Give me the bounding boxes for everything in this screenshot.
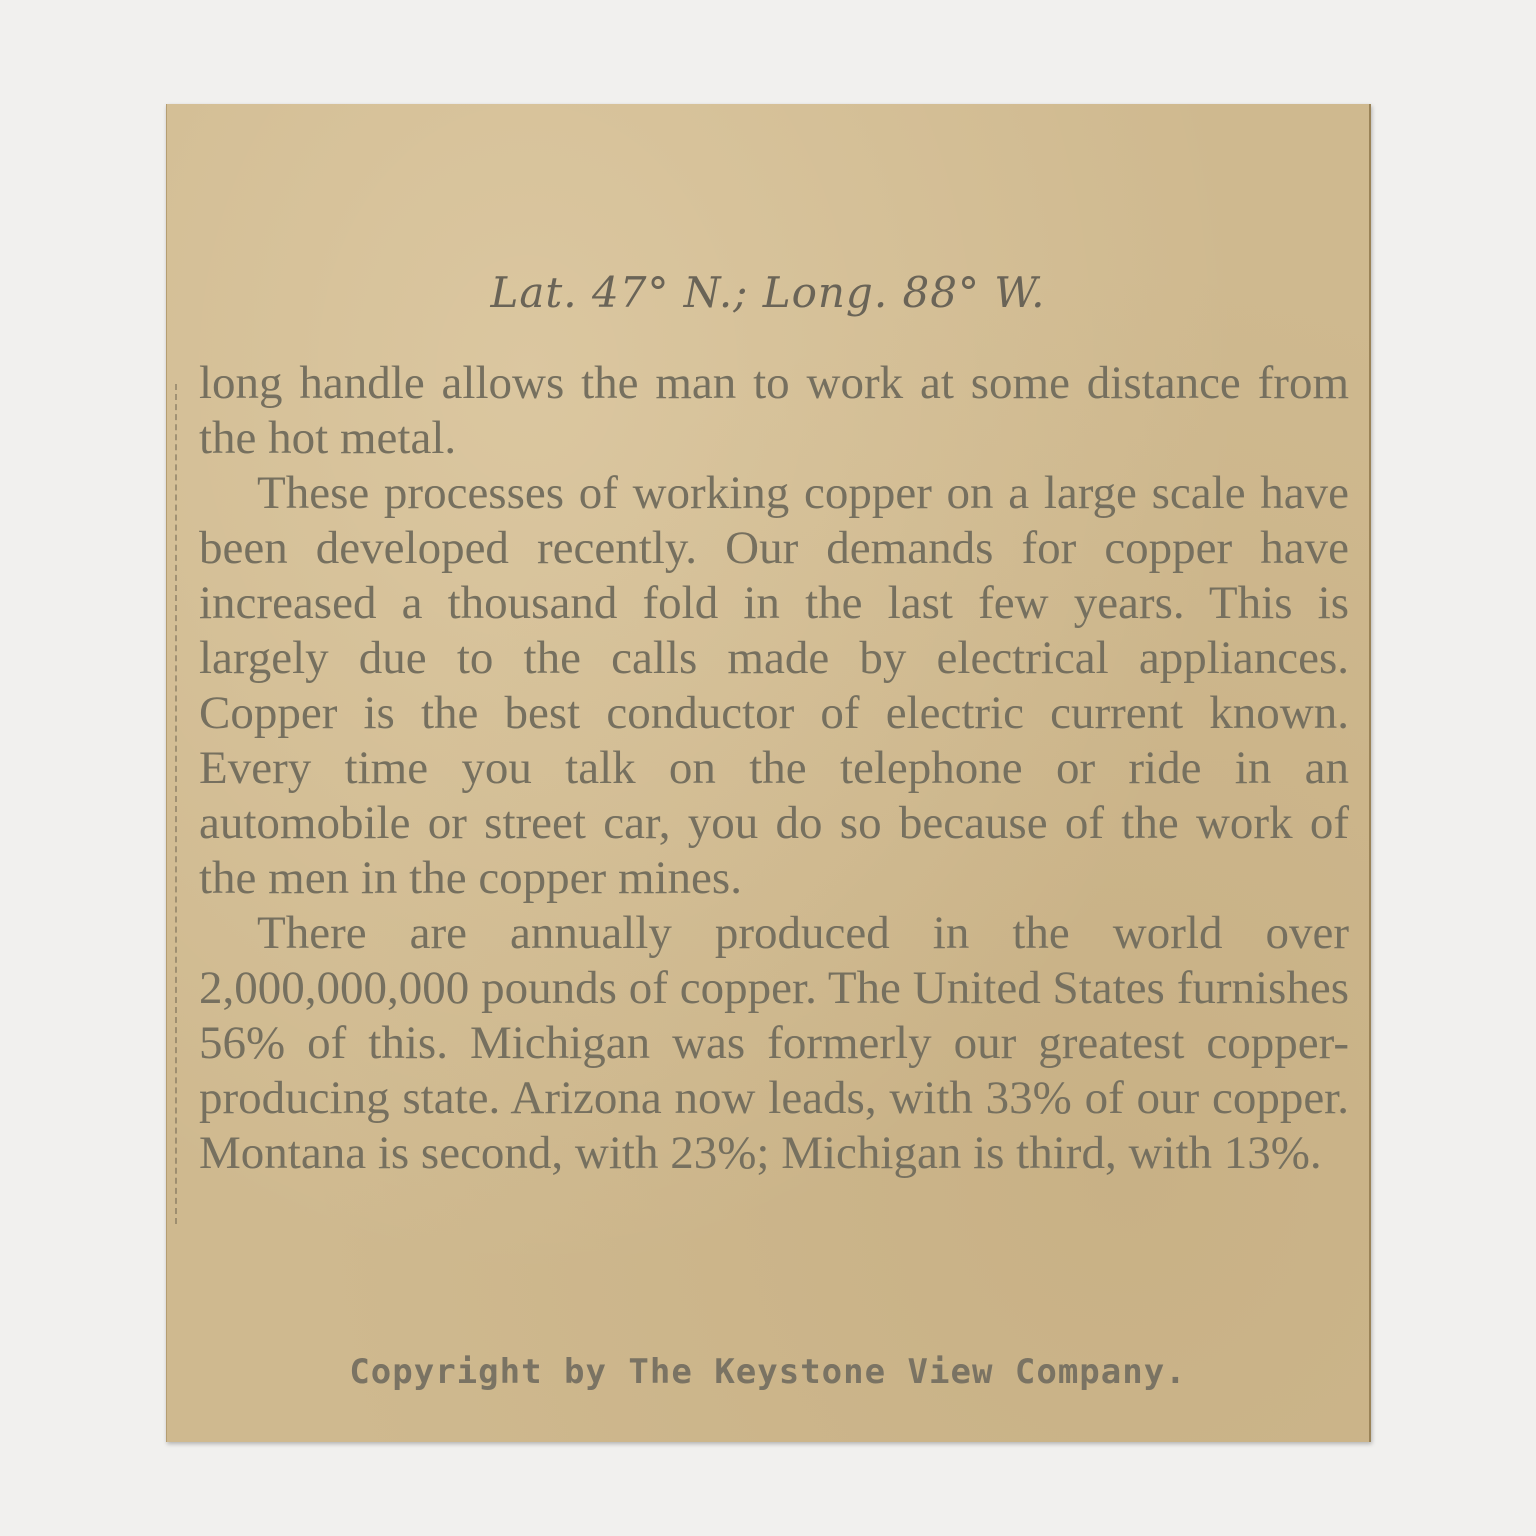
body-text: long handle allows the man to work at so… (199, 356, 1349, 1181)
copyright-line: Copyright by The Keystone View Company. (167, 1352, 1369, 1392)
margin-rule (175, 384, 179, 1224)
paragraph-1: long handle allows the man to work at so… (199, 356, 1349, 466)
stereoview-card-back: Lat. 47° N.; Long. 88° W. long handle al… (166, 104, 1371, 1442)
paragraph-2: These processes of working copper on a l… (199, 466, 1349, 906)
coordinates-heading: Lat. 47° N.; Long. 88° W. (167, 268, 1369, 317)
paragraph-3: There are annually produced in the world… (199, 906, 1349, 1181)
